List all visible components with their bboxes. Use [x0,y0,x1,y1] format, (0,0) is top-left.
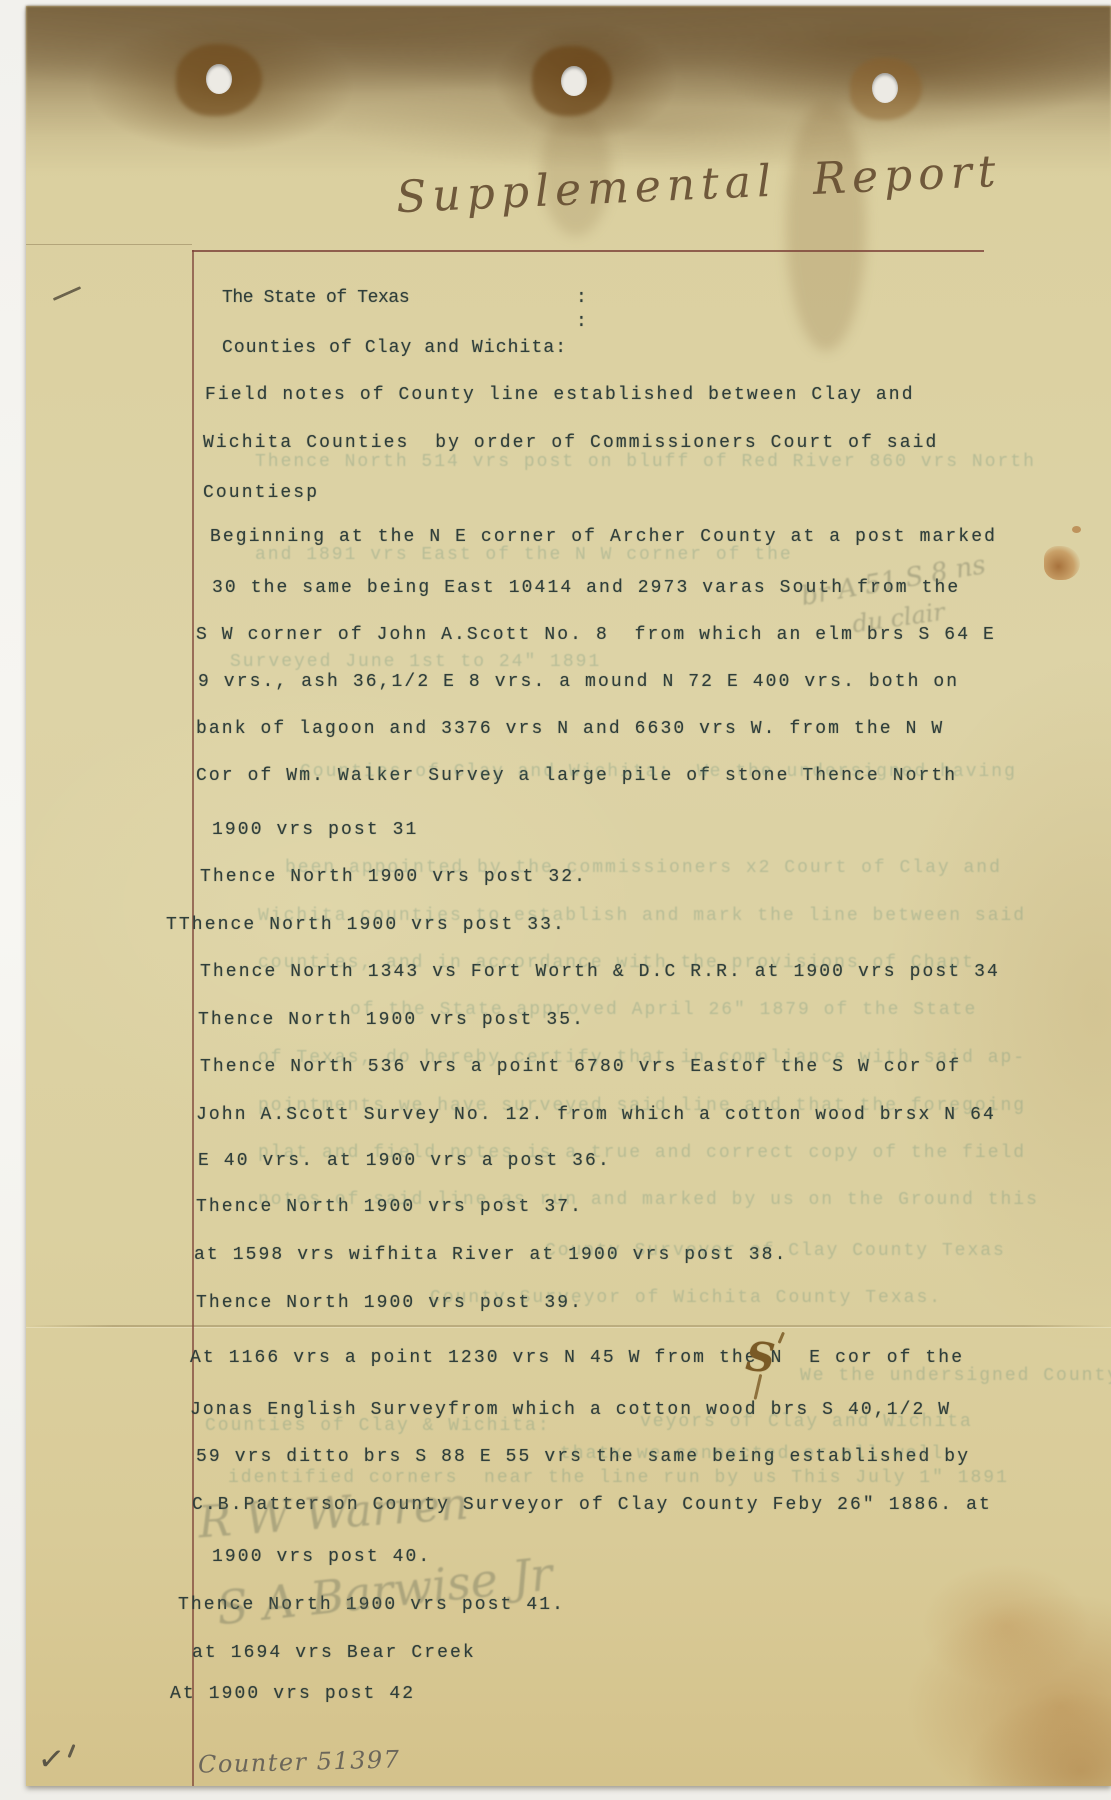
rust-stain-speck [1072,526,1081,533]
bleed-through-line: and 1891 vrs East of the N W corner of t… [255,545,793,565]
bleed-through-line: veyors of Clay and Wichita [640,1412,973,1432]
heading-colon: : [576,312,586,332]
bleed-through-line: of the State approved April 26" 1879 of … [350,1000,977,1020]
bleed-through-line: of Texas, do hereby certify that in comp… [258,1048,1026,1068]
page-content: Supplemental Report The State of Texas :… [0,0,1111,1800]
typed-line: Field notes of County line established b… [205,385,915,405]
typed-line: 9 vrs., ash 36,1/2 E 8 vrs. a mound N 72… [198,672,959,692]
pen-dash-mark [53,286,82,301]
bleed-through-line: Counties of Clay & Wichita: [205,1416,551,1436]
typed-line: Wichita Counties by order of Commissione… [203,433,938,453]
typed-line: at 1694 vrs Bear Creek [192,1643,476,1663]
bleed-through-line: pointments we have surveyed said line an… [258,1096,1026,1116]
ghost-handwriting: R W Warren [197,1479,470,1549]
heading-state: The State of Texas [222,288,409,308]
ledger-rule-left [192,250,194,1786]
typed-line: 1900 vrs post 31 [212,820,418,840]
bleed-through-line: We the undersigned County Sur- [800,1366,1111,1386]
typed-line: Countiesp [203,483,319,503]
heading-colon: : [576,288,586,308]
typed-line: bank of lagoon and 3376 vrs N and 6630 v… [196,719,944,739]
typed-line: At 1166 vrs a point 1230 vrs N 45 W from… [190,1348,964,1368]
ghost-handwriting: br A 51 S 8 ns [799,550,988,612]
ink-correction-s: S [744,1333,777,1382]
ledger-rule-top [192,250,984,252]
pencil-check-flag [67,1744,75,1758]
rust-stain-mark [1044,546,1080,580]
bleed-through-line: identified corners near the line run by … [228,1468,1009,1488]
bleed-through-line: Wichita counties to establish and mark t… [258,906,1026,926]
bleed-through-line: County Surveyor of Wichita County Texas. [430,1288,942,1308]
scanned-document-page: { "title": { "handwritten": "Supplementa… [0,0,1111,1800]
bleed-through-line: plat and field notes is a true and corre… [258,1143,1026,1163]
bleed-through-line: County Surveyor of Clay County Texas [545,1241,1006,1261]
ink-stroke [778,1332,785,1344]
counter-number-note: Counter 51397 [198,1745,401,1778]
bleed-through-line: Surveyed June 1st to 24" 1891 [230,652,601,672]
typed-line: At 1900 vrs post 42 [170,1684,415,1704]
bleed-through-line: counties, and in accordance with the pro… [258,953,988,973]
pencil-check-mark: ✓ [36,1739,67,1780]
heading-counties: Counties of Clay and Wichita: [222,338,567,358]
bleed-through-line: Counties of Clay and Wichita: We the und… [300,762,1017,782]
bleed-through-line: notes of said line as run and marked by … [258,1190,1039,1210]
bleed-through-line: thatx we connected or all well [560,1444,944,1464]
typed-line: Beginning at the N E corner of Archer Co… [210,527,997,547]
bleed-through-line: been appointed by the commissioners x2 C… [285,858,1002,878]
bleed-through-line: Thence North 514 vrs post on bluff of Re… [255,452,1036,472]
handwritten-title: Supplemental Report [395,148,957,223]
